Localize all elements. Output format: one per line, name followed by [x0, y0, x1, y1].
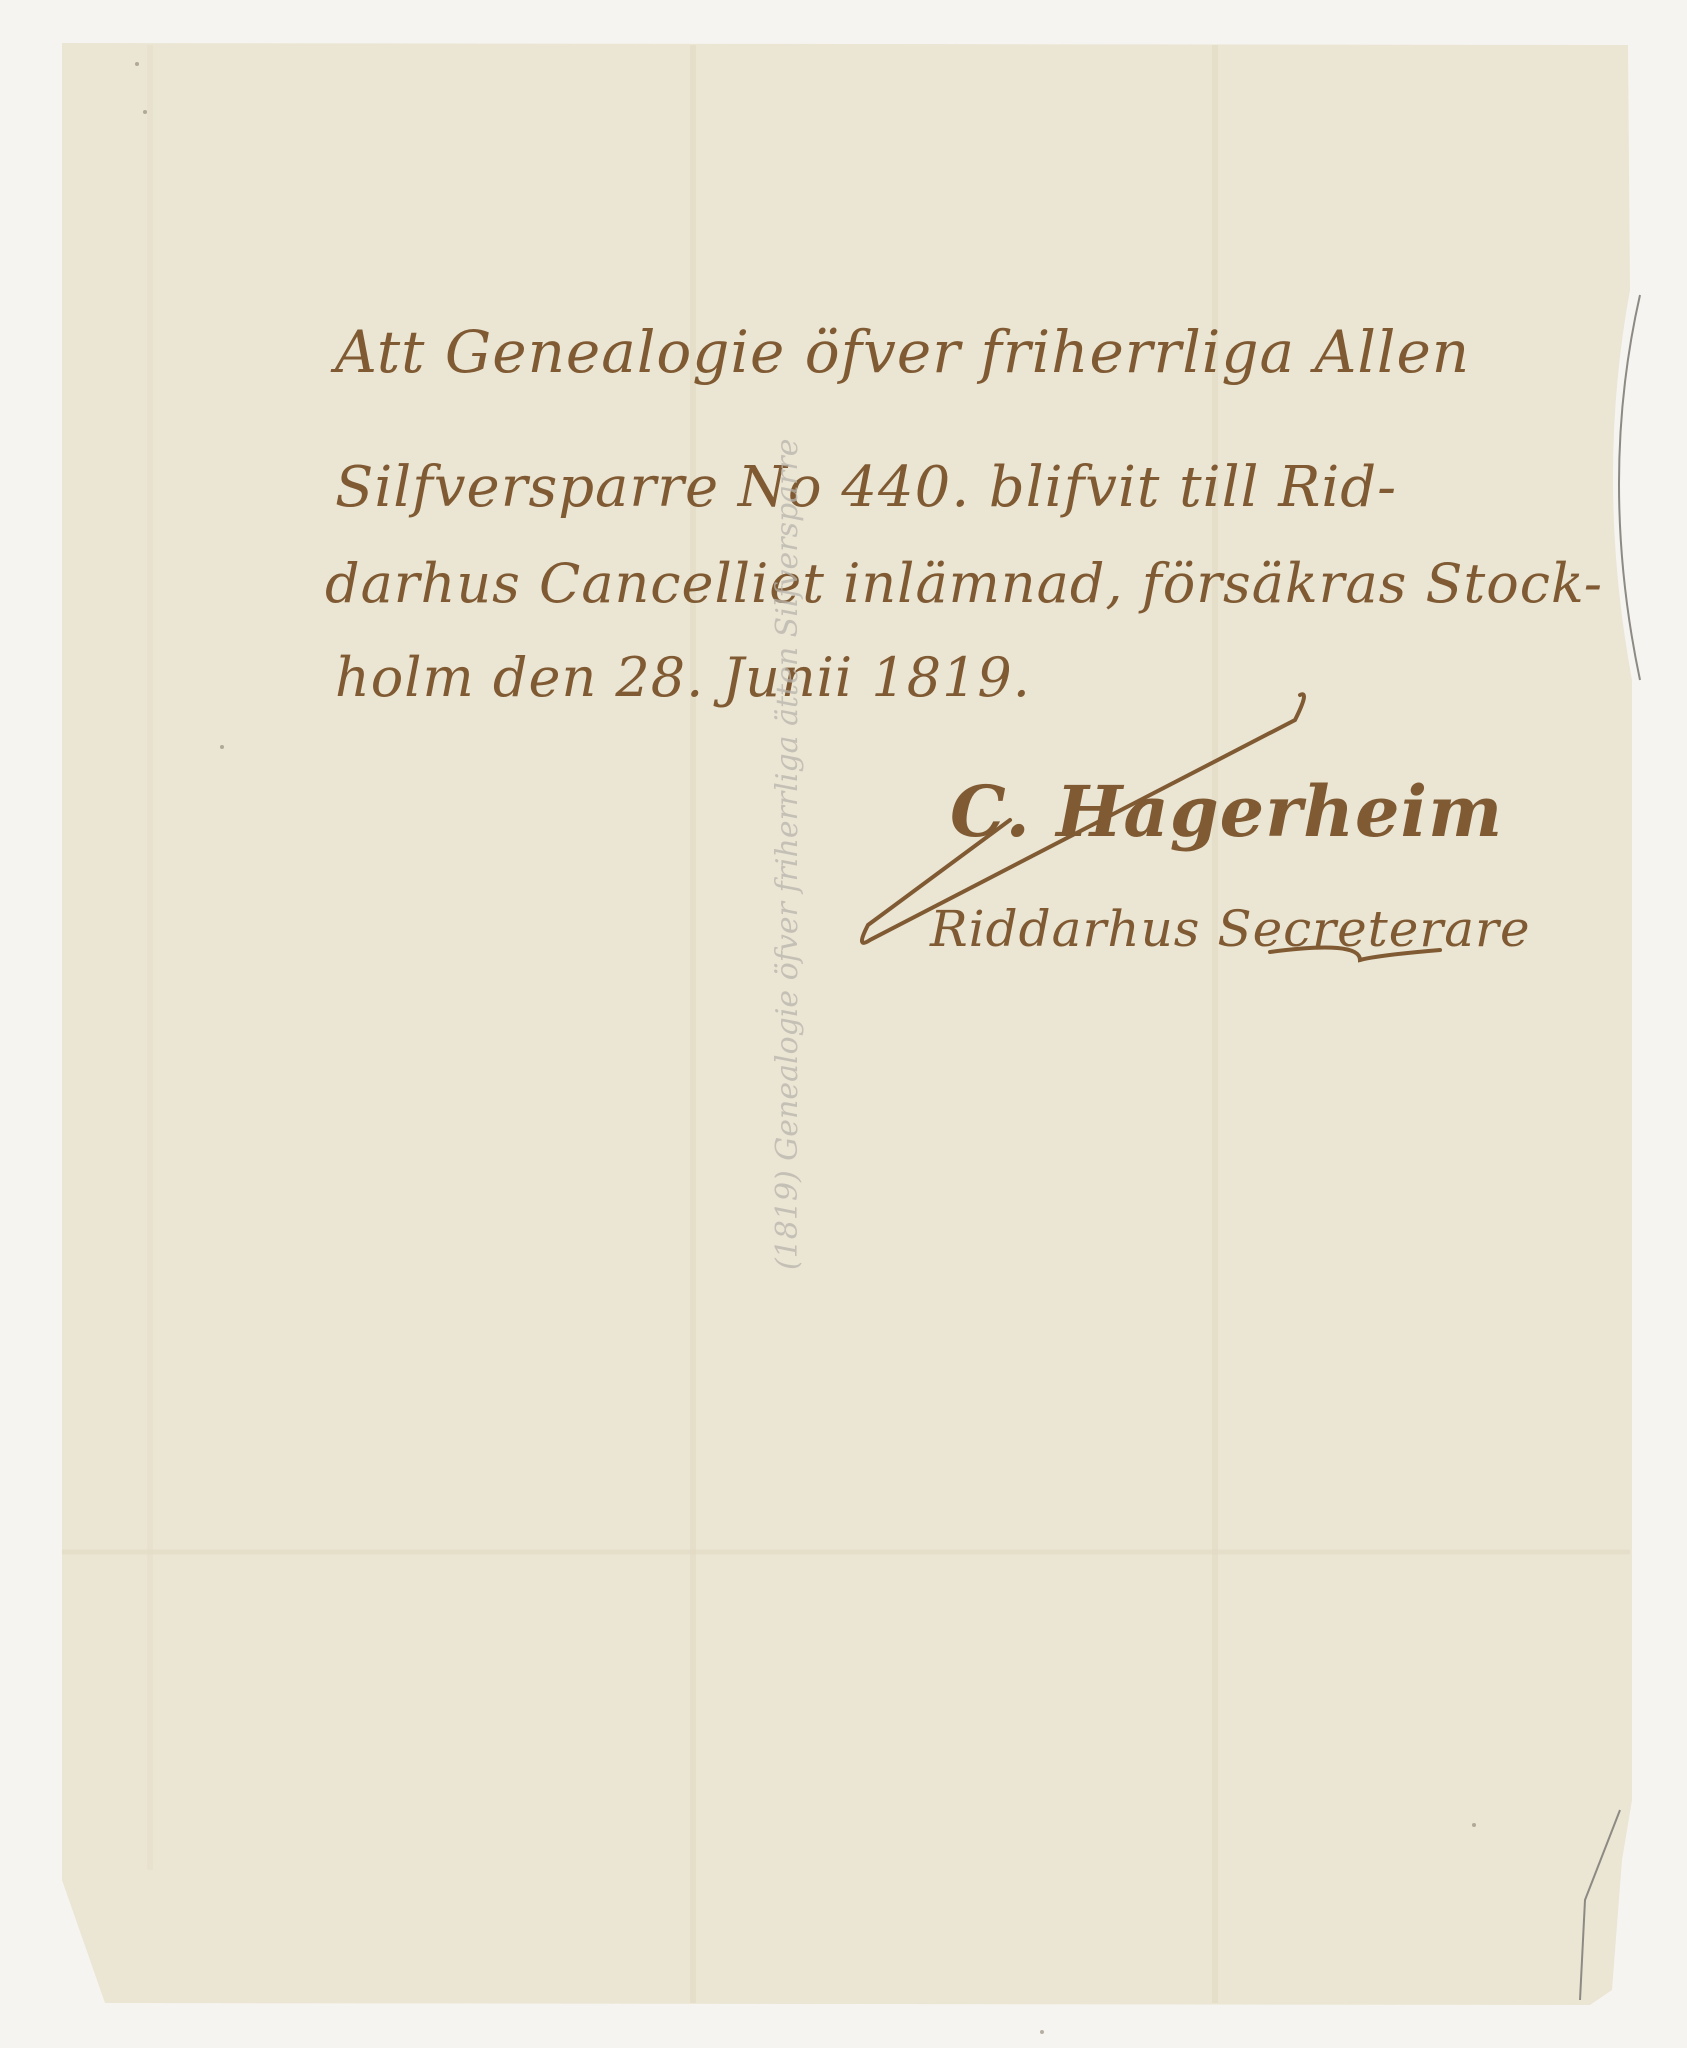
- signature: C. Hagerheim: [950, 770, 1503, 853]
- body-line-2: Silfversparre No 440. blifvit till Rid-: [335, 455, 1397, 520]
- paper-speck: [1472, 1823, 1476, 1827]
- paper-sheet: [0, 0, 1687, 2048]
- paper-speck: [1040, 2030, 1044, 2034]
- paper-speck: [143, 110, 147, 114]
- pencil-annotation: (1819) Genealogie öfver friherrliga ätte…: [770, 439, 805, 1271]
- body-line-4: holm den 28. Junii 1819.: [335, 646, 1031, 709]
- body-line-1: Att Genealogie öfver friherrliga Allen: [335, 318, 1470, 386]
- paper-speck: [135, 62, 139, 66]
- document-scan: Att Genealogie öfver friherrliga Allen S…: [0, 0, 1687, 2048]
- paper-speck: [220, 745, 224, 749]
- signatory-title: Riddarhus Secreterare: [930, 900, 1531, 958]
- body-line-3: darhus Cancelliet inlämnad, försäkras St…: [325, 552, 1603, 615]
